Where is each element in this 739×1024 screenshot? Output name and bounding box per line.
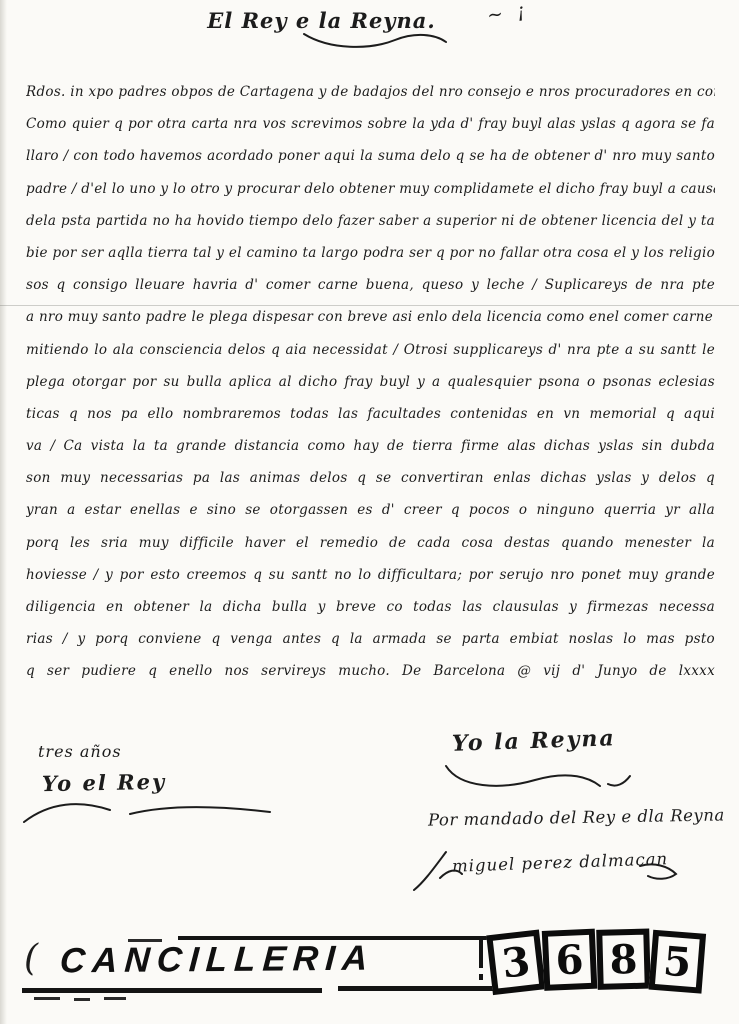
stamp-separator-bar (479, 940, 483, 968)
stamp-digit: 6 (542, 929, 598, 991)
secretary-by-order: Por mandado del Rey e dla Reyna (428, 805, 725, 829)
manuscript-line: sos q consigo lleuare havria d' comer ca… (26, 269, 715, 301)
manuscript-line: son muy necessarias pa las animas delos … (26, 462, 715, 494)
king-signature: Yo el Rey (42, 769, 167, 796)
scan-mark-dash (74, 998, 90, 1001)
manuscript-page: El Rey e la Reyna. ~ ¡ Rdos. in xpo padr… (0, 0, 739, 1024)
queen-signature-flourish (440, 758, 640, 792)
scan-edge-shadow (0, 0, 7, 1024)
manuscript-line: va / Ca vista la ta grande distancia com… (26, 430, 715, 462)
manuscript-line: plega otorgar por su bulla aplica al dic… (26, 366, 715, 398)
secretary-name-flourish (410, 848, 690, 894)
manuscript-line: hoviesse / y por esto creemos q su santt… (26, 559, 715, 591)
archive-number-stamp: 3685 (489, 928, 706, 990)
archive-left-bracket: ( (24, 938, 38, 979)
manuscript-line: yran a estar enellas e sino se otorgasse… (26, 494, 715, 526)
stamp-digit: 5 (649, 930, 707, 994)
manuscript-line: rias / y porq conviene q venga antes q l… (26, 623, 715, 655)
letter-body: Rdos. in xpo padres obpos de Cartagena y… (26, 76, 715, 688)
stamp-digit: 8 (596, 929, 651, 990)
manuscript-line: bie por ser aqlla tierra tal y el camino… (26, 237, 715, 269)
stamp-digit: 3 (486, 929, 545, 995)
stamp-separator-dot (479, 974, 483, 980)
heading-underline-flourish (300, 30, 450, 52)
closing-line: tres años (38, 742, 122, 761)
manuscript-line: a nro muy santo padre le plega dispesar … (26, 301, 715, 333)
scan-smudge-line (0, 305, 739, 306)
king-signature-flourish (20, 796, 280, 826)
archive-label: CANCILLERIA (59, 939, 376, 982)
manuscript-line: Como quier q por otra carta nra vos scre… (26, 108, 715, 140)
manuscript-line: Rdos. in xpo padres obpos de Cartagena y… (26, 76, 715, 108)
queen-signature: Yo la Reyna (452, 725, 617, 757)
scan-mark-dash (104, 997, 126, 1000)
archive-underline (22, 988, 322, 993)
manuscript-line: dela psta partida no ha hovido tiempo de… (26, 205, 715, 237)
archive-underline-segment (338, 986, 500, 991)
manuscript-line: q ser pudiere q enello nos servireys muc… (26, 655, 715, 687)
manuscript-line: llaro / con todo havemos acordado poner … (26, 140, 715, 172)
manuscript-line: padre / d'el lo uno y lo otro y procurar… (26, 173, 715, 205)
manuscript-line: diligencia en obtener la dicha bulla y b… (26, 591, 715, 623)
scan-mark-dash (34, 997, 60, 1000)
manuscript-line: ticas q nos pa ello nombraremos todas la… (26, 398, 715, 430)
manuscript-line: porq les sria muy difficile haver el rem… (26, 527, 715, 559)
manuscript-line: mitiendo lo ala consciencia delos q aia … (26, 334, 715, 366)
